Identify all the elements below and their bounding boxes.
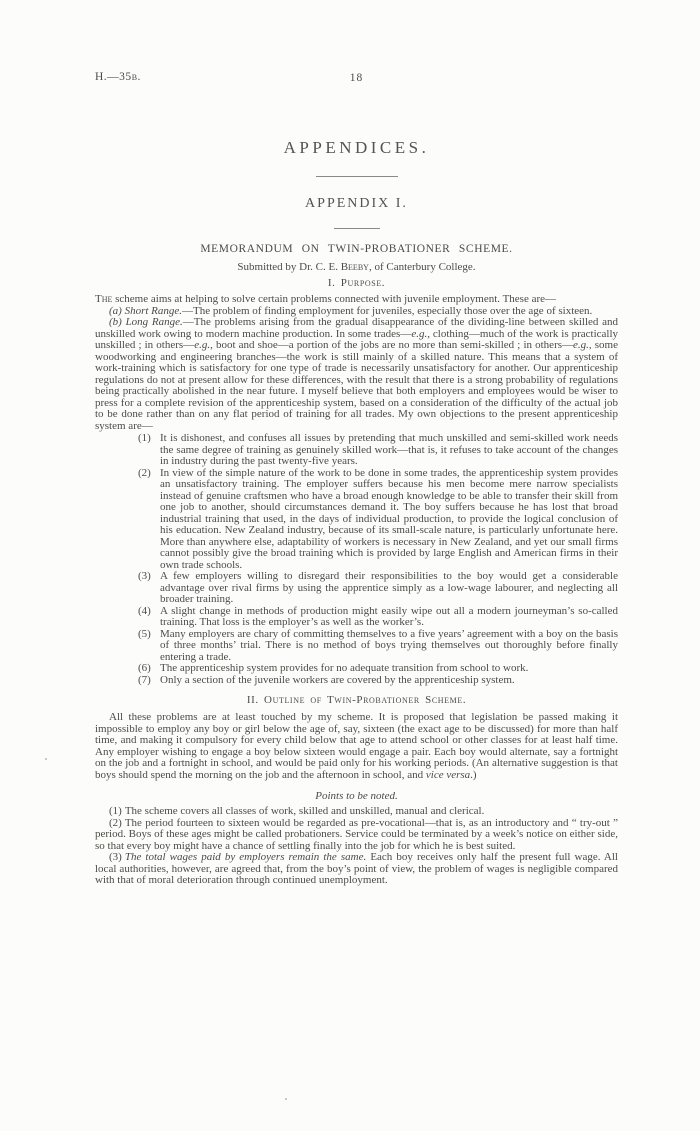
- point-text: The period fourteen to sixteen would be …: [95, 817, 618, 852]
- list-item-number: (2): [138, 468, 160, 480]
- list-item: (3)A few employers willing to disregard …: [95, 571, 618, 606]
- list-item-text: Only a section of the juvenile workers a…: [160, 674, 515, 686]
- scheme-outline-paragraph: All these problems are at least touched …: [95, 712, 618, 781]
- point-text: The scheme covers all classes of work, s…: [125, 805, 485, 817]
- list-item-text: It is dishonest, and confuses all issues…: [160, 432, 618, 467]
- point-paragraph: (2)The period fourteen to sixteen would …: [95, 818, 618, 853]
- list-item: (2)In view of the simple nature of the w…: [95, 468, 618, 572]
- running-header: H.—35b. 18: [95, 71, 618, 87]
- list-item: (4)A slight change in methods of product…: [95, 606, 618, 629]
- appendices-heading: APPENDICES.: [95, 138, 618, 157]
- point-text: The total wages paid by employers remain…: [95, 851, 618, 886]
- list-item-number: (4): [138, 606, 160, 618]
- page-content: APPENDICES. APPENDIX I. MEMORANDUM ON TW…: [95, 138, 618, 887]
- list-item-number: (7): [138, 675, 160, 687]
- list-item: (5)Many employers are chary of committin…: [95, 629, 618, 664]
- list-item-text: In view of the simple nature of the work…: [160, 467, 618, 571]
- objections-list: (1)It is dishonest, and confuses all iss…: [95, 433, 618, 686]
- print-speck: [45, 758, 47, 760]
- appendix-i-heading: APPENDIX I.: [95, 196, 618, 212]
- list-item-number: (6): [138, 663, 160, 675]
- point-paragraph: (3)The total wages paid by employers rem…: [95, 852, 618, 887]
- list-item-number: (3): [138, 571, 160, 583]
- section-1-heading: I. Purpose.: [95, 277, 618, 290]
- list-item-text: A slight change in methods of production…: [160, 605, 618, 629]
- body-text: The scheme aims at helping to solve cert…: [95, 294, 618, 887]
- print-speck: [285, 1098, 287, 1100]
- point-number: (3): [109, 851, 125, 863]
- document-page: H.—35b. 18 APPENDICES. APPENDIX I. MEMOR…: [0, 0, 700, 1131]
- list-item-number: (1): [138, 433, 160, 445]
- submitted-by-line: Submitted by Dr. C. E. Beeby, of Canterb…: [95, 261, 618, 274]
- list-item-text: Many employers are chary of committing t…: [160, 628, 618, 663]
- list-item: (1)It is dishonest, and confuses all iss…: [95, 433, 618, 468]
- page-number: 18: [95, 72, 618, 84]
- point-number: (2): [109, 817, 125, 829]
- divider-rule: [334, 228, 380, 229]
- list-item-text: The apprenticeship system provides for n…: [160, 662, 528, 674]
- section-2-heading: II. Outline of Twin-Probationer Scheme.: [95, 694, 618, 707]
- list-item-text: A few employers willing to disregard the…: [160, 570, 618, 605]
- list-item-number: (5): [138, 629, 160, 641]
- divider-rule: [316, 176, 398, 177]
- list-item: (7)Only a section of the juvenile worker…: [95, 675, 618, 687]
- long-range-paragraph: (b) Long Range.—The problems arising fro…: [95, 317, 618, 432]
- point-number: (1): [109, 805, 125, 817]
- memorandum-title: MEMORANDUM ON TWIN-PROBATIONER SCHEME.: [95, 243, 618, 256]
- points-heading: Points to be noted.: [95, 790, 618, 803]
